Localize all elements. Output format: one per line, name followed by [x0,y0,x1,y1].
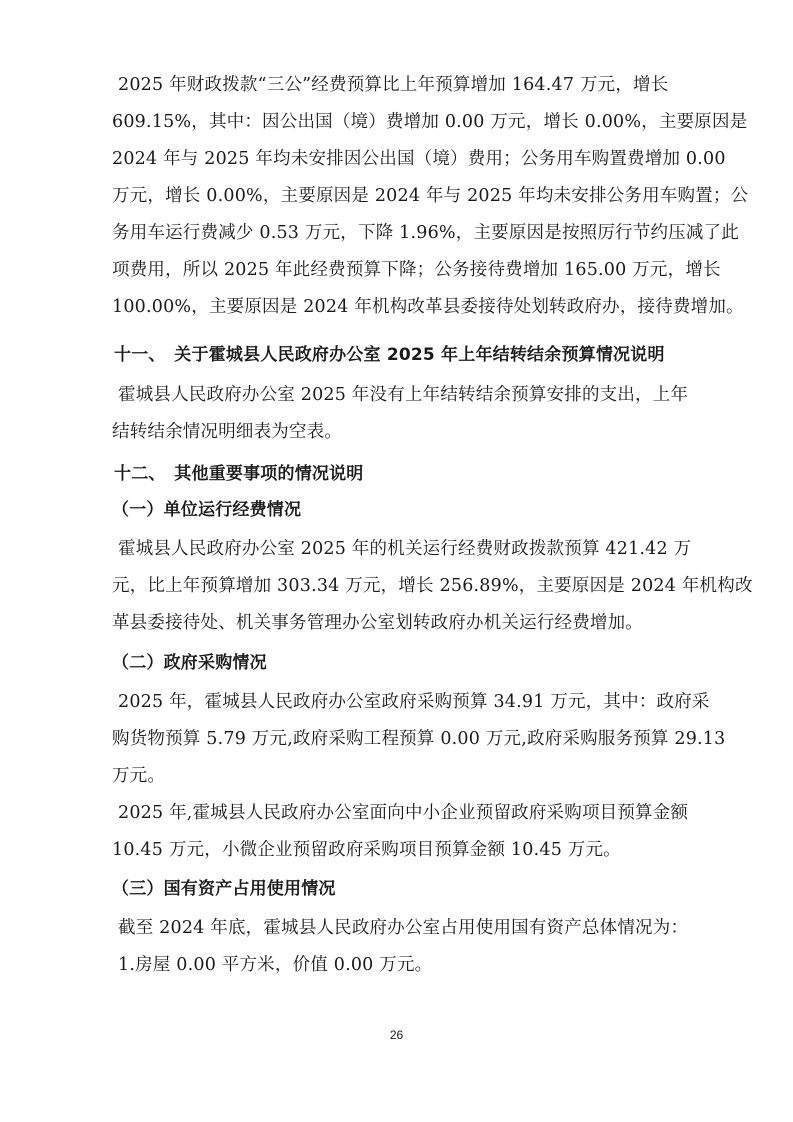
subsection-heading-procurement: （二）政府采购情况 [112,651,704,675]
body-text-line: 万元。 [112,764,704,788]
body-text-line: 购货物预算 5.79 万元,政府采购工程预算 0.00 万元,政府采购服务预算 … [112,727,704,751]
body-text-line: 100.00%，主要原因是 2024 年机构改革县委接待处划转政府办，接待费增加… [112,295,704,319]
body-text-line: 万元，增长 0.00%，主要原因是 2024 年与 2025 年均未安排公务用车… [112,184,704,208]
section-heading-11: 十一、 关于霍城县人民政府办公室 2025 年上年结转结余预算情况说明 [114,343,706,367]
body-text-line: 609.15%，其中：因公出国（境）费增加 0.00 万元，增长 0.00%，主… [112,110,704,134]
body-text-line: 元，比上年预算增加 303.34 万元，增长 256.89%，主要原因是 202… [112,574,704,598]
section-heading-12: 十二、 其他重要事项的情况说明 [114,462,706,486]
body-text-line: 2025 年财政拨款“三公”经费预算比上年预算增加 164.47 万元，增长 [118,73,710,97]
body-text-line: 1.房屋 0.00 平方米，价值 0.00 万元。 [118,953,710,977]
body-text-line: 截至 2024 年底，霍城县人民政府办公室占用使用国有资产总体情况为： [118,916,710,940]
body-text-line: 2025 年，霍城县人民政府办公室政府采购预算 34.91 万元，其中：政府采 [118,690,710,714]
body-text-line: 结转结余情况明细表为空表。 [112,420,704,444]
body-text-line: 霍城县人民政府办公室 2025 年没有上年结转结余预算安排的支出，上年 [118,383,710,407]
subsection-heading-operating-costs: （一）单位运行经费情况 [112,498,704,522]
subsection-heading-state-assets: （三）国有资产占用使用情况 [112,877,704,901]
body-text-line: 务用车运行费减少 0.53 万元，下降 1.96%，主要原因是按照厉行节约压减了… [112,221,704,245]
body-text-line: 霍城县人民政府办公室 2025 年的机关运行经费财政拨款预算 421.42 万 [118,537,710,561]
body-text-line: 2025 年,霍城县人民政府办公室面向中小企业预留政府采购项目预算金额 [118,801,710,825]
body-text-line: 2024 年与 2025 年均未安排因公出国（境）费用；公务用车购置费增加 0.… [112,147,704,171]
page-number: 26 [0,1028,793,1042]
body-text-line: 10.45 万元，小微企业预留政府采购项目预算金额 10.45 万元。 [112,838,704,862]
body-text-line: 项费用，所以 2025 年此经费预算下降；公务接待费增加 165.00 万元，增… [112,258,704,282]
document-page: 2025 年财政拨款“三公”经费预算比上年预算增加 164.47 万元，增长 6… [0,0,793,1122]
body-text-line: 革县委接待处、机关事务管理办公室划转政府办机关运行经费增加。 [112,611,704,635]
